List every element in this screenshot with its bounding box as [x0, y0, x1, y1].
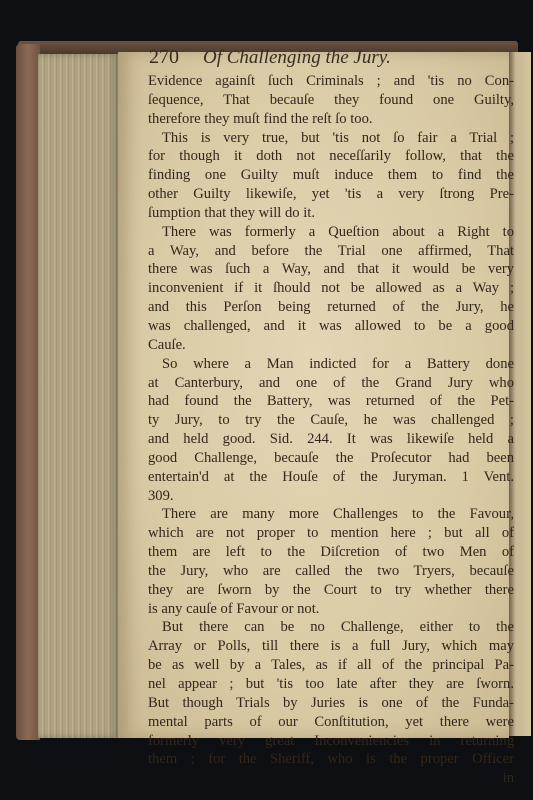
text-line: finding one Guilty muſt induce them to f… [148, 166, 514, 185]
page-number: 270 [149, 46, 179, 69]
text-line: This is very true, but 'tis not ſo fair … [148, 129, 514, 148]
text-line: ty Jury, to try the Cauſe, he was challe… [148, 411, 514, 430]
text-line: a Way, and before the Trial one affirmed… [148, 242, 514, 261]
text-line: therefore they muſt find the reſt ſo too… [148, 110, 514, 129]
text-line: there was ſuch a Way, and that it would … [148, 260, 514, 279]
text-line: the Jury, who are called the two Tryers,… [148, 562, 514, 581]
text-line: inconvenient if it ſhould not be allowed… [148, 279, 514, 298]
text-line: mental parts of our Conſtitution, yet th… [148, 713, 514, 732]
text-line: Array or Polls, till there is a full Jur… [148, 637, 514, 656]
text-line: Evidence againſt ſuch Criminals ; and 't… [148, 72, 514, 91]
text-line: entertain'd at the Houſe of the Juryman.… [148, 468, 514, 487]
text-line: for though it doth not neceſſarily follo… [148, 147, 514, 166]
page-header: 270 Of Challenging the Jury. [149, 46, 391, 72]
text-line: good Challenge, becauſe the Proſecutor h… [148, 449, 514, 468]
text-line: them ; for the Sheriff, who is the prope… [148, 750, 514, 769]
text-line: other Guilty likewiſe, yet 'tis a very ſ… [148, 185, 514, 204]
text-line: and held good. Sid. 244. It was likewiſe… [148, 430, 514, 449]
page-body-text: Evidence againſt ſuch Criminals ; and 't… [148, 72, 514, 769]
text-line: and this Perſon being returned of the Ju… [148, 298, 514, 317]
text-line: So where a Man indicted for a Battery do… [148, 355, 514, 374]
text-line: they are ſworn by the Court to try wheth… [148, 581, 514, 600]
catchword: in [148, 770, 514, 789]
text-line: 309. [148, 487, 514, 506]
text-line: was challenged, and it was allowed to be… [148, 317, 514, 336]
running-title: Of Challenging the Jury. [203, 47, 391, 69]
text-line: ſequence, That becauſe they found one Gu… [148, 91, 514, 110]
text-line: There was formerly a Queſtion about a Ri… [148, 223, 514, 242]
text-line: There are many more Challenges to the Fa… [148, 505, 514, 524]
text-line: be as well by a Tales, as if all of the … [148, 656, 514, 675]
page-edges-stack [38, 54, 120, 738]
text-line: But though Trials by Juries is one of th… [148, 694, 514, 713]
text-line: formerly very great Inconveniencies in r… [148, 732, 514, 751]
text-line: which are not proper to mention here ; b… [148, 524, 514, 543]
text-line: Cauſe. [148, 336, 514, 355]
text-line: them are left to the Diſcretion of two M… [148, 543, 514, 562]
book-scan: 270 Of Challenging the Jury. Evidence ag… [0, 0, 533, 800]
text-line: at Canterbury, and one of the Grand Jury… [148, 374, 514, 393]
text-line: had found the Battery, was returned of t… [148, 392, 514, 411]
text-line: ſumption that they will do it. [148, 204, 514, 223]
text-line: nel appear ; but 'tis too late after the… [148, 675, 514, 694]
text-line: is any cauſe of Favour or not. [148, 600, 514, 619]
text-line: But there can be no Challenge, either to… [148, 618, 514, 637]
book-cover-spine-edge [16, 44, 40, 740]
